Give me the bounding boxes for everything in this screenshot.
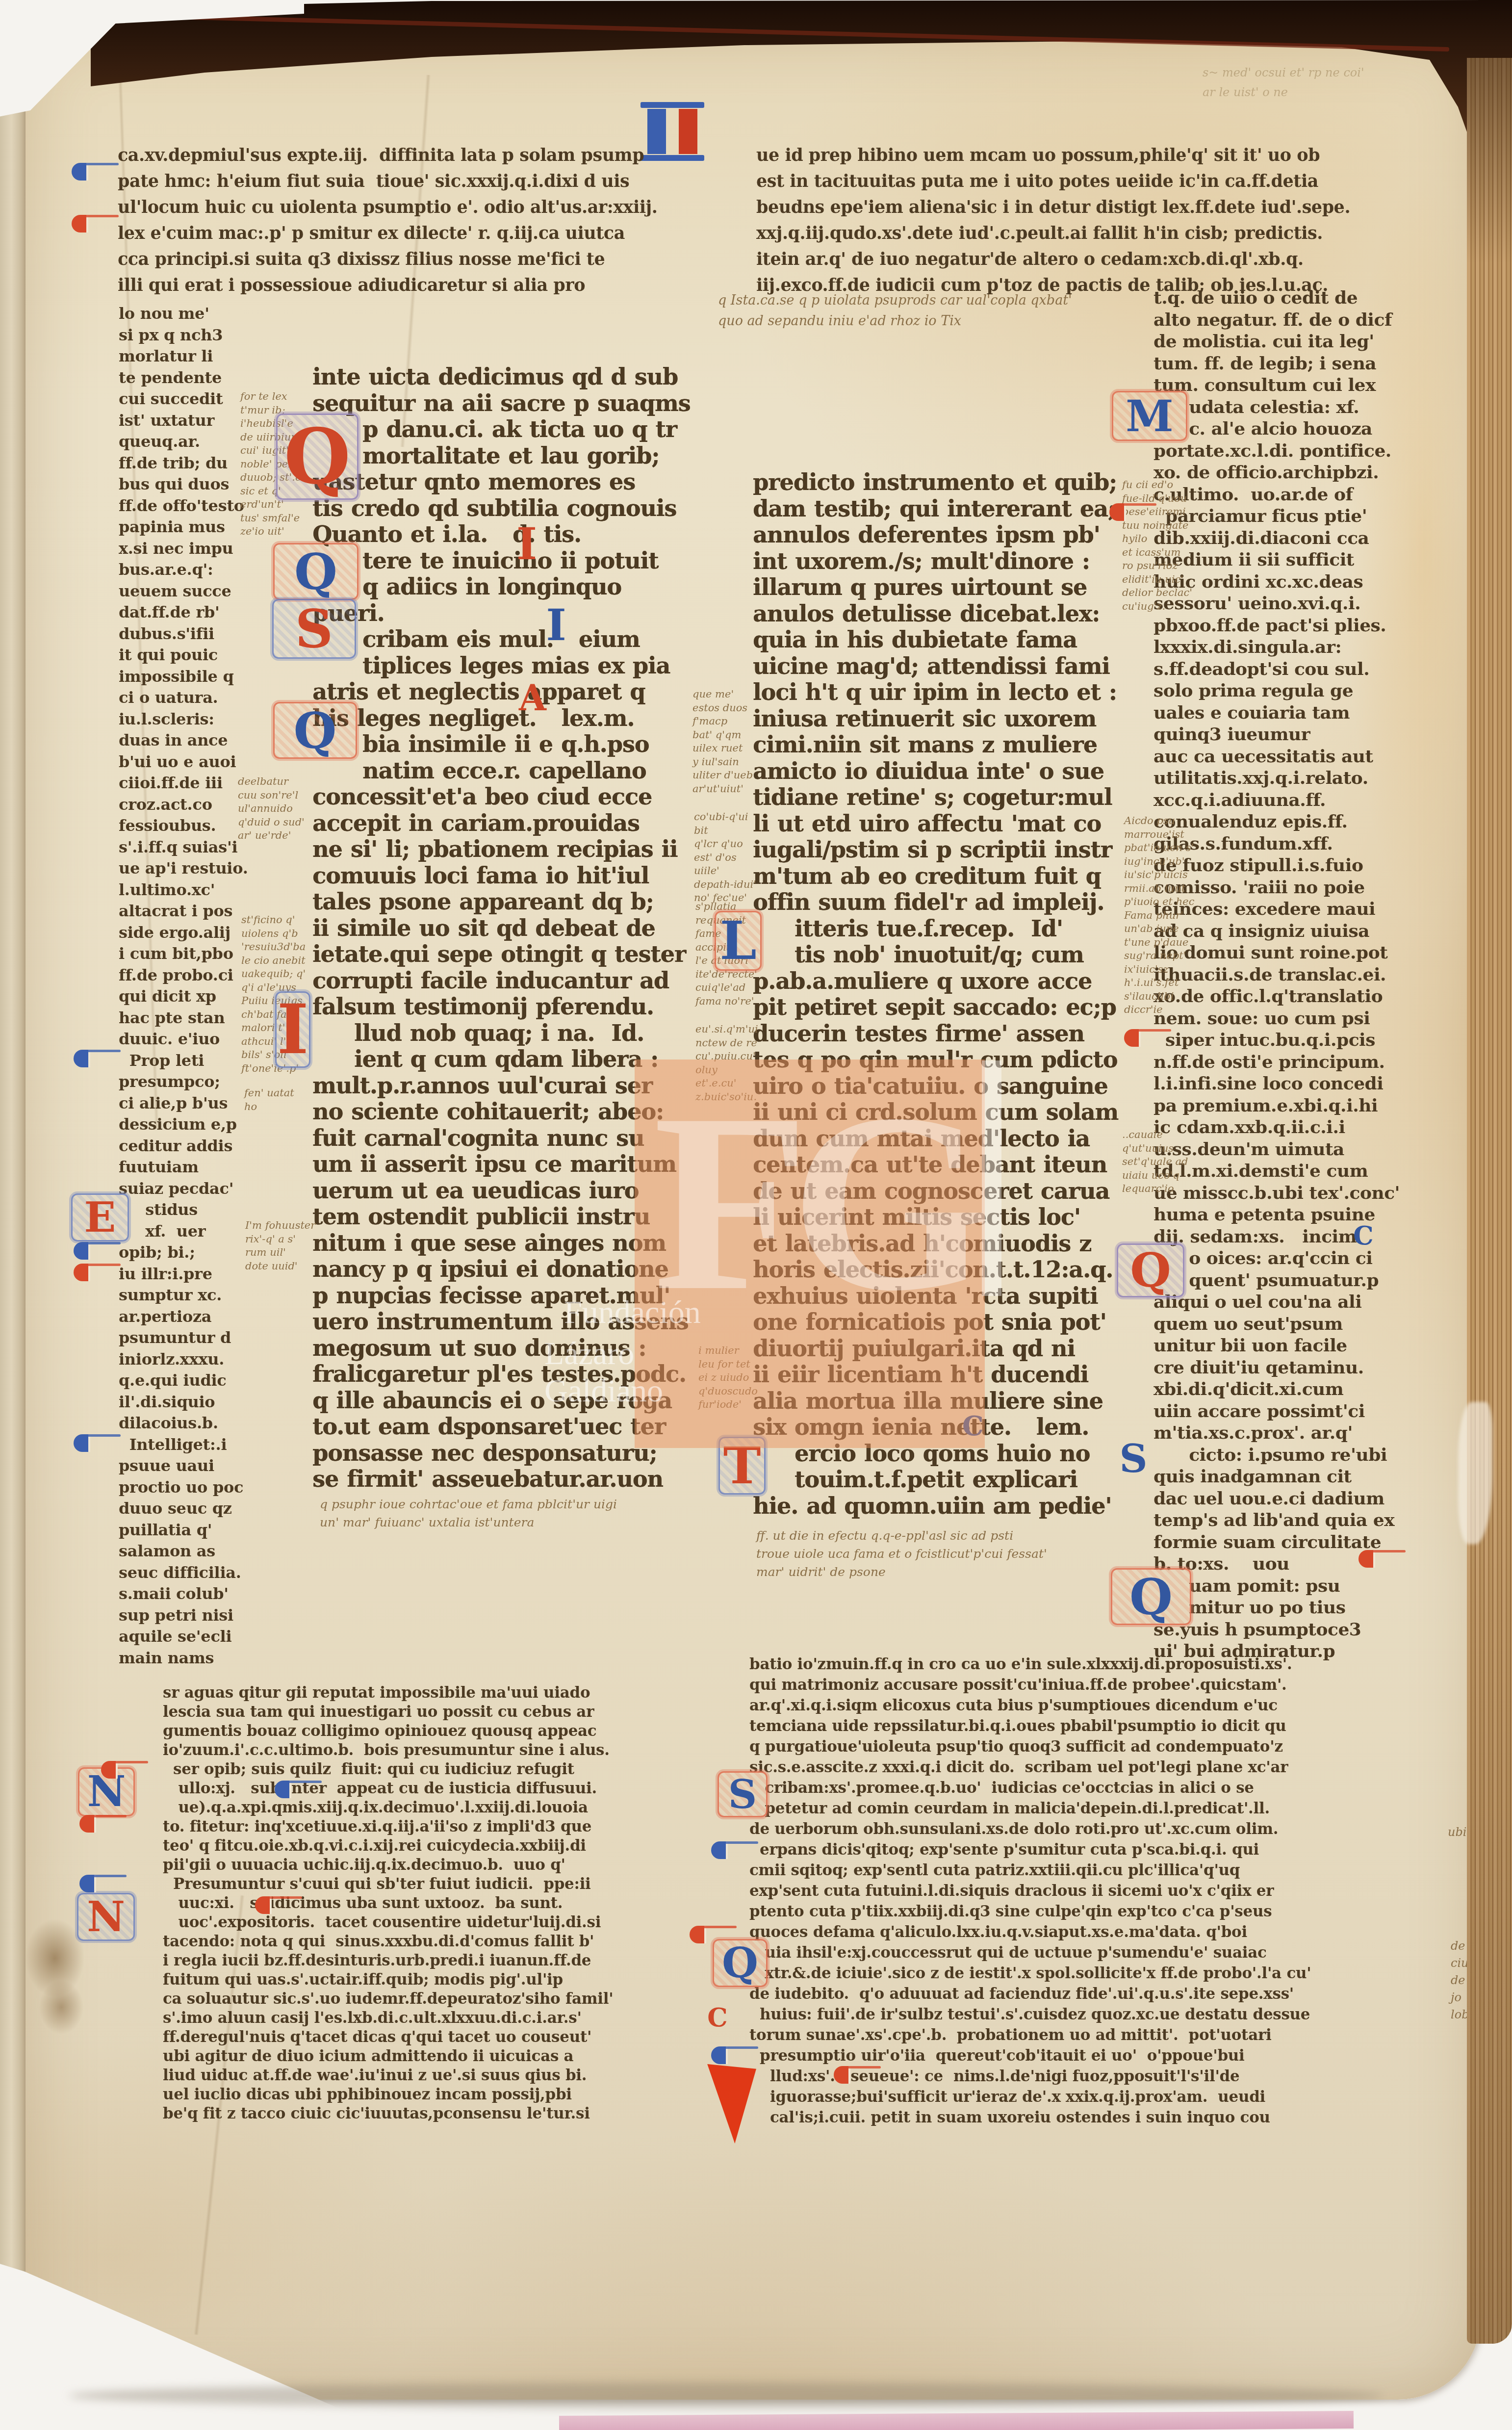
initial-c: C [704,2004,731,2032]
paragraph-mark-blue [72,163,88,181]
initial-v: V [705,2064,756,2144]
book-shadow [69,2383,1383,2408]
intercol-note-h: ..cauale q'ut'uuius set'q'uale ad uiaiu … [1122,1128,1196,1196]
paragraph-mark-red [690,1926,706,1943]
paragraph-mark-blue [711,1841,728,1859]
fore-edge-pages [1467,58,1512,2344]
paragraph-mark-blue [275,1781,291,1798]
intercol-note-b: co'ubi-q'ui bit q'lcr q'uo est' d'os uii… [694,810,758,905]
initial-e: E [73,1195,128,1240]
paragraph-mark-blue [711,2046,728,2064]
casus-note: q Ista.ca.se q p uiolata psuprods car ua… [718,290,1159,332]
main-col-1: inte uicta dedicimus qd d sub sequitur n… [312,364,696,1493]
margin-note-d: fen' uatat ho [244,1086,318,1113]
left-column: lo nou me' si px q nch3 morlatur li te p… [119,303,260,1669]
stain [39,1980,83,2034]
paragraph-mark-blue [74,1242,90,1260]
paragraph-mark-red [1358,1550,1375,1568]
initial-a: A [515,679,550,717]
initial-q: Q [278,415,357,498]
initial-s: S [274,600,355,657]
paragraph-mark-red [74,1264,90,1281]
main-col-2: predicto instrumento et quib; dam testib… [753,469,1141,1519]
initial-q: Q [714,1940,766,1986]
initial-l: L [716,912,760,969]
initial-n: N [78,1894,133,1939]
intercol-note-d: eu'.si.q'm'ui nctew de re cu'.puiu.cu' o… [695,1023,759,1104]
initial-i: I [512,520,541,568]
parchment-page: ca.xv.depmiul'sus expte.iij. diffinita l… [26,30,1481,2400]
initial-s: S [1119,1437,1148,1479]
col-3: t.q. de uiio o cedit de alto negatur. ff… [1153,287,1460,1662]
gloss-top-right: ue id prep hibino uem mcam uo possum,phi… [756,142,1442,298]
manuscript-photo: ca.xv.depmiul'sus expte.iij. diffinita l… [0,0,1512,2430]
bottom-left-block: sr aguas qitur gii reputat impossibile m… [163,1683,675,2123]
initial-q: Q [1112,1570,1190,1624]
margin-note-e: I'm fohuuster rix'-q' a s' rum uil' dote… [245,1219,329,1273]
initial-c: C [959,1411,987,1440]
margin-note-b: deelbatur cuu son're'l ul'annuido q'duid… [238,775,311,843]
col1-tail: q psuphr ioue cohrtac'oue et fama pblcit… [320,1495,702,1531]
initial-m: M [1113,392,1186,439]
paragraph-mark-red [72,215,88,233]
paragraph-mark-red [1124,1029,1141,1047]
col2-tail: ff. ut die in efectu q.q-e-ppl'asl sic a… [756,1526,1163,1581]
initial-i: I [277,993,309,1066]
initial-c: C [1351,1222,1376,1250]
intercol-note-f: fu cii ed'o fue-ild'q'uou bese'eiiremi t… [1122,478,1196,613]
paragraph-mark-red [101,1761,118,1779]
intercol-note-g: Aicdo psu marroue'ist pbat'io uen s' iug… [1124,814,1198,1017]
intercol-note-e: i mulier leu for tet ei z uiudo q'duoscu… [698,1344,762,1412]
pink-strip [559,2411,1354,2430]
initial-q: Q [1118,1245,1183,1296]
initial-t: T [720,1438,764,1493]
folio-serif-bar [641,102,704,108]
initial-q: Q [275,703,356,757]
intercol-note-a: que me' estos duos f'macp bat' q'qm uile… [692,688,756,796]
paragraph-mark-blue [79,1875,96,1892]
page-edge-tear [1458,1402,1492,1544]
initial-i: I [542,601,570,648]
previous-page-edge [0,84,28,2311]
paragraph-mark-red [79,1815,96,1833]
initial-q: Q [275,544,357,598]
paragraph-mark-blue [74,1434,90,1452]
paragraph-mark-red [1109,503,1126,521]
initial-s: S [719,1773,766,1816]
paragraph-mark-red [834,2066,850,2084]
paragraph-mark-red [255,1896,272,1914]
bottom-right-block: batio io'zmuin.ff.q in cro ca uo e'in su… [749,1654,1446,2128]
gloss-top-left: ca.xv.depmiul'sus expte.iij. diffinita l… [118,142,699,298]
paragraph-mark-blue [74,1050,90,1067]
